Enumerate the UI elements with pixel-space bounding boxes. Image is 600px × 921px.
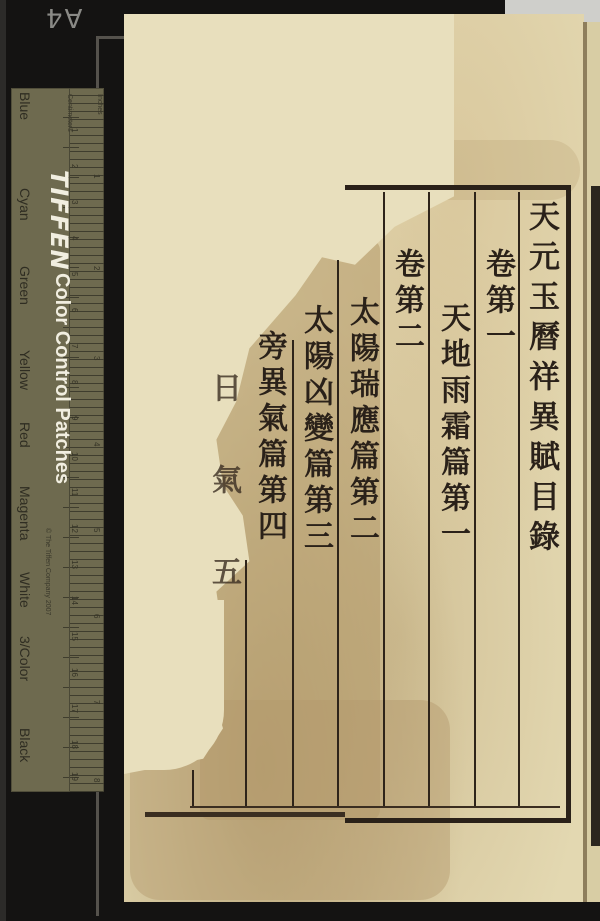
patch-label-magenta: Magenta bbox=[17, 486, 33, 540]
inch-tick: 1 bbox=[92, 174, 101, 178]
column-rule bbox=[518, 192, 520, 806]
copyright-text: © The Tiffen Company 2007 bbox=[44, 528, 51, 615]
cm-tick: 4 bbox=[70, 236, 79, 240]
inch-ruler bbox=[69, 88, 104, 792]
chapter-five-entry-damaged: 日氣五 bbox=[208, 372, 238, 648]
cm-tick: 13 bbox=[70, 560, 79, 569]
inch-tick: 8 bbox=[92, 778, 101, 782]
cm-tick: 7 bbox=[70, 344, 79, 348]
inch-tick: 4 bbox=[92, 442, 101, 446]
column-rule bbox=[428, 192, 430, 806]
chapter-three-entry: 太陽凶變篇第三 bbox=[300, 304, 330, 556]
column-rule bbox=[474, 192, 476, 806]
cm-tick: 1 bbox=[70, 128, 79, 132]
volume-two-heading: 卷第二 bbox=[391, 248, 421, 356]
next-page-edge bbox=[583, 22, 600, 902]
cm-tick: 5 bbox=[70, 272, 79, 276]
board-size-label: A4 bbox=[44, 2, 82, 32]
volume-one-heading: 卷第一 bbox=[482, 248, 512, 356]
patch-label-yellow: Yellow bbox=[17, 350, 33, 390]
cm-tick: 19 bbox=[70, 772, 79, 781]
next-page-border bbox=[591, 186, 600, 846]
cm-tick: 8 bbox=[70, 380, 79, 384]
cm-tick: 3 bbox=[70, 200, 79, 204]
centimeters-label: Centimeters bbox=[66, 94, 73, 132]
cm-tick: 17 bbox=[70, 704, 79, 713]
column-rule bbox=[292, 340, 294, 806]
inch-tick: 5 bbox=[92, 528, 101, 532]
cm-tick: 9 bbox=[70, 416, 79, 420]
cm-tick: 12 bbox=[70, 524, 79, 533]
chapter-four-entry: 旁異氣篇第四 bbox=[254, 330, 284, 546]
chapter-two-entry: 太陽瑞應篇第二 bbox=[346, 296, 376, 548]
column-rule bbox=[245, 560, 247, 806]
patch-label-green: Green bbox=[17, 266, 33, 305]
tiffen-logo: TIFFEN bbox=[45, 170, 73, 271]
patch-label-black: Black bbox=[17, 728, 33, 762]
inches-label: Inches bbox=[96, 94, 103, 115]
cm-tick: 14 bbox=[70, 596, 79, 605]
cm-tick: 11 bbox=[70, 488, 79, 496]
color-control-strip: Centimeters Inches TIFFEN Color Control … bbox=[11, 88, 104, 792]
patch-label-cyan: Cyan bbox=[17, 188, 33, 221]
patch-label-blue: Blue bbox=[17, 92, 33, 120]
board-edge bbox=[0, 0, 6, 921]
inch-tick: 7 bbox=[92, 700, 101, 704]
chapter-one-entry: 天地雨霜篇第一 bbox=[437, 302, 467, 554]
patch-label-white: White bbox=[17, 572, 33, 608]
column-rule-edge bbox=[566, 192, 567, 806]
cm-tick: 10 bbox=[70, 452, 79, 461]
cm-tick: 15 bbox=[70, 632, 79, 641]
column-rule bbox=[337, 260, 339, 806]
cm-tick: 2 bbox=[70, 164, 79, 168]
printed-border-bottom bbox=[145, 812, 345, 817]
cm-tick: 18 bbox=[70, 740, 79, 749]
column-rule bbox=[192, 770, 194, 806]
printed-inner-rule bbox=[190, 806, 560, 808]
cm-tick: 6 bbox=[70, 308, 79, 312]
inch-tick: 6 bbox=[92, 614, 101, 618]
inch-tick: 3 bbox=[92, 356, 101, 360]
table-of-contents-title: 天元玉曆祥異賦目錄 bbox=[525, 200, 556, 560]
cm-tick: 16 bbox=[70, 668, 79, 677]
patch-label-3color: 3/Color bbox=[17, 636, 33, 681]
column-rule bbox=[383, 192, 385, 806]
patch-label-red: Red bbox=[17, 422, 33, 448]
inch-tick: 2 bbox=[92, 266, 101, 270]
